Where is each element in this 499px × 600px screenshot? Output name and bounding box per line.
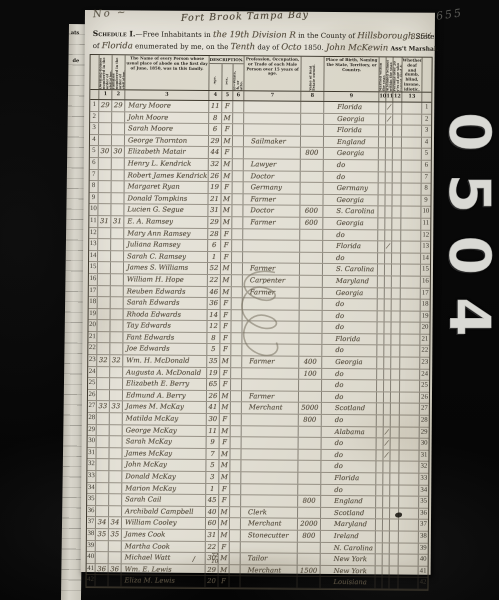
cell-remarks bbox=[400, 439, 420, 450]
cell-line: 40 bbox=[87, 552, 96, 563]
cell-family: 31 bbox=[111, 216, 124, 227]
cell-line: 1 bbox=[422, 103, 431, 114]
cell-value bbox=[298, 484, 321, 495]
cell-family bbox=[112, 158, 125, 169]
cell-cannot_read bbox=[391, 404, 400, 415]
cell-age: 11 bbox=[207, 426, 220, 437]
cell-name: Matilda McKay bbox=[123, 413, 207, 424]
cell-color bbox=[232, 229, 243, 240]
cell-age: 26 bbox=[209, 171, 222, 182]
cell-occupation bbox=[242, 414, 299, 425]
cell-sex: M bbox=[221, 275, 232, 286]
cell-occupation bbox=[241, 449, 298, 460]
cell-line: 5 bbox=[422, 149, 431, 160]
cell-value: 1500 bbox=[298, 565, 321, 576]
cell-value bbox=[301, 160, 324, 171]
cell-birthplace: Georgia bbox=[324, 113, 379, 124]
cell-birthplace: do bbox=[323, 299, 378, 310]
cell-color bbox=[233, 159, 244, 170]
cell-color bbox=[232, 206, 243, 217]
cell-occupation bbox=[244, 124, 301, 135]
cell-remarks bbox=[401, 288, 421, 299]
cell-family: 30 bbox=[112, 147, 125, 158]
cell-color bbox=[233, 113, 244, 124]
cell-remarks bbox=[399, 555, 419, 566]
cell-color bbox=[233, 171, 244, 182]
cell-dwelling bbox=[97, 425, 110, 436]
cell-name: Augusta A. McDonald bbox=[123, 367, 207, 378]
cell-sex: M bbox=[222, 136, 233, 147]
cell-sex: F bbox=[222, 182, 233, 193]
cell-color bbox=[233, 124, 244, 135]
cell-name: Mary Ann Ramsey bbox=[124, 228, 208, 239]
cell-birthplace: Ireland bbox=[321, 531, 376, 542]
cell-family bbox=[112, 135, 125, 146]
chalk-mark: 655 bbox=[435, 6, 464, 23]
cell-line: 29 bbox=[420, 427, 429, 438]
cell-line: 3 bbox=[90, 123, 99, 134]
cell-family bbox=[111, 239, 124, 250]
cell-birthplace: Florida bbox=[324, 125, 379, 136]
cell-occupation bbox=[242, 379, 299, 390]
cell-name: Robert James Kendrick bbox=[125, 170, 209, 181]
cell-sex: F bbox=[221, 229, 232, 240]
cell-family bbox=[110, 390, 123, 401]
cell-name: Sarah Moore bbox=[125, 124, 209, 135]
cell-remarks bbox=[400, 404, 420, 415]
cell-family: 29 bbox=[112, 100, 125, 111]
census-table: Dwelling-houses numbered in the order of… bbox=[85, 54, 432, 591]
cell-sex: F bbox=[220, 379, 231, 390]
column-number-9: 9 bbox=[324, 92, 379, 101]
cell-remarks bbox=[400, 416, 420, 427]
cell-line: 28 bbox=[420, 416, 429, 427]
cell-color bbox=[230, 565, 241, 576]
cell-family bbox=[111, 228, 124, 239]
cell-line: 33 bbox=[419, 474, 428, 485]
cell-occupation: Stonecutter bbox=[241, 530, 298, 541]
cell-remarks bbox=[400, 392, 420, 403]
cell-birthplace: do bbox=[322, 415, 377, 426]
cell-age: 8 bbox=[209, 113, 222, 124]
cell-cannot_read bbox=[391, 357, 400, 368]
cell-line: 36 bbox=[87, 506, 96, 517]
cell-remarks bbox=[400, 427, 420, 438]
cell-name: Archibald Campbell bbox=[122, 506, 206, 517]
cell-color bbox=[233, 182, 244, 193]
cell-occupation: Farmer bbox=[243, 264, 300, 275]
cell-line: 7 bbox=[90, 170, 99, 181]
cell-dwelling: 31 bbox=[98, 216, 111, 227]
cell-cannot_read bbox=[390, 473, 399, 484]
cell-color bbox=[231, 356, 242, 367]
cell-line: 30 bbox=[420, 439, 429, 450]
cell-value: 600 bbox=[300, 218, 323, 229]
cell-dwelling bbox=[98, 228, 111, 239]
cell-dwelling bbox=[96, 506, 109, 517]
cell-line: 6 bbox=[422, 161, 431, 172]
cell-color bbox=[232, 275, 243, 286]
cell-remarks bbox=[400, 358, 420, 369]
cell-dwelling bbox=[96, 483, 109, 494]
cell-line: 20 bbox=[88, 320, 97, 331]
cell-color bbox=[230, 553, 241, 564]
cell-birthplace: do bbox=[322, 345, 377, 356]
cell-birthplace: Maryland bbox=[323, 276, 378, 287]
cell-birthplace: England bbox=[321, 496, 376, 507]
cell-color bbox=[230, 484, 241, 495]
cell-line: 20 bbox=[420, 323, 429, 334]
cell-line: 13 bbox=[421, 242, 430, 253]
cell-remarks bbox=[399, 485, 419, 496]
cell-remarks bbox=[401, 265, 421, 276]
cell-line: 7 bbox=[422, 172, 431, 183]
cell-value bbox=[298, 507, 321, 518]
cell-name: John Moore bbox=[125, 112, 209, 123]
cell-remarks bbox=[402, 184, 422, 195]
cell-value bbox=[299, 426, 322, 437]
cell-sex: F bbox=[221, 298, 232, 309]
month-handwritten: Octo bbox=[281, 43, 301, 53]
cell-age: 11 bbox=[209, 101, 222, 112]
col-age-header: Age. bbox=[209, 64, 222, 90]
cell-cannot_read bbox=[391, 439, 400, 450]
cell-name: James Cook bbox=[122, 529, 206, 540]
cell-cannot_read bbox=[392, 195, 401, 206]
cell-name: Sarah Cail bbox=[122, 494, 206, 505]
cell-value bbox=[299, 345, 322, 356]
cell-birthplace: Florida bbox=[321, 473, 376, 484]
column-number-5: 5 bbox=[222, 91, 233, 100]
cell-color bbox=[230, 507, 241, 518]
cell-sex: M bbox=[219, 449, 230, 460]
cell-line: 42 bbox=[418, 578, 427, 589]
cell-sex: M bbox=[219, 553, 230, 564]
cell-cannot_read bbox=[392, 276, 401, 287]
cell-dwelling bbox=[97, 344, 110, 355]
cell-line: 31 bbox=[87, 448, 96, 459]
description-group-header: DESCRIPTION. Age. Sex. Color—White, blac… bbox=[209, 56, 244, 90]
cell-sex: M bbox=[219, 460, 230, 471]
cell-family bbox=[111, 193, 124, 204]
cell-line: 17 bbox=[421, 288, 430, 299]
cell-age: 28 bbox=[208, 229, 221, 240]
cell-value: 5000 bbox=[299, 403, 322, 414]
cell-family bbox=[109, 471, 122, 482]
cell-remarks bbox=[402, 102, 422, 113]
cell-occupation: Germany bbox=[244, 182, 301, 193]
cell-dwelling bbox=[98, 286, 111, 297]
cell-sex: F bbox=[218, 576, 229, 587]
cell-occupation: Doctor bbox=[243, 206, 300, 217]
cell-birthplace: England bbox=[324, 137, 379, 148]
top-left-scrawl: No ~ bbox=[93, 7, 128, 20]
cell-line: 29 bbox=[88, 425, 97, 436]
cell-occupation: Farmer bbox=[243, 217, 300, 228]
cell-dwelling bbox=[99, 123, 112, 134]
cell-sex: F bbox=[221, 310, 232, 321]
cell-line: 26 bbox=[88, 390, 97, 401]
cell-birthplace: do bbox=[322, 438, 377, 449]
cell-line: 9 bbox=[89, 193, 98, 204]
cell-age: 40 bbox=[206, 507, 219, 518]
cell-age: 6 bbox=[208, 240, 221, 251]
cell-remarks bbox=[401, 300, 421, 311]
cell-color bbox=[230, 461, 241, 472]
cell-name: Elizabeth E. Berry bbox=[123, 379, 207, 390]
cell-age: 29 bbox=[209, 136, 222, 147]
cell-remarks bbox=[401, 230, 421, 241]
cell-occupation bbox=[242, 426, 299, 437]
cell-age: 5 bbox=[207, 344, 220, 355]
cell-name: James McKay bbox=[122, 448, 206, 459]
col-value-label: Value of Real Estate owned. bbox=[309, 57, 316, 90]
schedule-header-line2: of Florida enumerated by me, on the Tent… bbox=[93, 41, 431, 54]
cell-line: 30 bbox=[88, 436, 97, 447]
cell-line: 41 bbox=[419, 566, 428, 577]
cell-color bbox=[232, 298, 243, 309]
cell-dwelling bbox=[96, 494, 109, 505]
cell-line: 11 bbox=[89, 216, 98, 227]
cell-remarks bbox=[401, 311, 421, 322]
cell-age: 30 bbox=[207, 414, 220, 425]
cell-name: Eliza M. Lewis bbox=[121, 576, 205, 587]
cell-line: 14 bbox=[89, 251, 98, 262]
cell-value bbox=[298, 461, 321, 472]
cell-sex: M bbox=[219, 507, 230, 518]
cell-color bbox=[230, 495, 241, 506]
cell-remarks bbox=[402, 160, 422, 171]
cell-line: 15 bbox=[421, 265, 430, 276]
cell-sex: F bbox=[220, 333, 231, 344]
cell-color bbox=[231, 379, 242, 390]
cell-remarks bbox=[402, 149, 422, 160]
cell-sex: M bbox=[222, 171, 233, 182]
cell-line: 4 bbox=[422, 137, 431, 148]
cell-family bbox=[112, 181, 125, 192]
cell-value bbox=[300, 252, 323, 263]
cell-line: 13 bbox=[89, 239, 98, 250]
cell-cannot_read bbox=[392, 218, 401, 229]
cell-age: 5 bbox=[206, 460, 219, 471]
cell-sex: M bbox=[219, 518, 230, 529]
col-family-label: Families numbered in the order of visita… bbox=[112, 56, 124, 89]
cell-name: Mary Moore bbox=[125, 100, 209, 111]
col-cannotread-header: Persons over 20 y'rs of age who cannot r… bbox=[393, 57, 402, 91]
cell-line: 38 bbox=[419, 532, 428, 543]
cell-sex: F bbox=[221, 252, 232, 263]
cell-name: Tay Edwards bbox=[123, 321, 207, 332]
cell-value bbox=[300, 276, 323, 287]
cell-sex: F bbox=[220, 414, 231, 425]
col-value-header: Value of Real Estate owned. bbox=[301, 57, 324, 91]
cell-value bbox=[299, 334, 322, 345]
header-printed-text: enumerated by me, on the bbox=[135, 42, 228, 51]
cell-age: 7 bbox=[206, 449, 219, 460]
cell-color bbox=[231, 321, 242, 332]
cell-dwelling bbox=[98, 204, 111, 215]
header-printed-text: —Free Inhabitants in bbox=[135, 30, 210, 39]
cell-family bbox=[109, 506, 122, 517]
cell-family: 36 bbox=[109, 564, 122, 575]
cell-occupation: Doctor bbox=[244, 171, 301, 182]
cell-birthplace: do bbox=[323, 253, 378, 264]
cell-family bbox=[111, 286, 124, 297]
division-handwritten: the 19th Division R bbox=[213, 30, 296, 41]
cell-birthplace: Florida bbox=[323, 241, 378, 252]
cell-birthplace: Georgia bbox=[323, 287, 378, 298]
column-number-3: 3 bbox=[125, 90, 209, 100]
tally-denominator: 10 bbox=[211, 559, 218, 565]
cell-birthplace: do bbox=[322, 369, 377, 380]
col-name-header: The Name of every Person whose usual pla… bbox=[125, 55, 209, 90]
cell-occupation: Farmer bbox=[243, 287, 300, 298]
cell-dwelling bbox=[99, 135, 112, 146]
cell-family bbox=[108, 576, 121, 587]
cell-line: 15 bbox=[89, 262, 98, 273]
cell-dwelling bbox=[99, 112, 112, 123]
cell-value bbox=[298, 554, 321, 565]
cell-remarks bbox=[400, 323, 420, 334]
table-body: 12929Mary Moore11FFlorida⁄12John Moore8M… bbox=[86, 100, 431, 590]
cell-birthplace: do bbox=[322, 392, 377, 403]
cell-birthplace: Florida bbox=[324, 102, 379, 113]
cell-age: 45 bbox=[206, 495, 219, 506]
cell-occupation: Carpenter bbox=[243, 275, 300, 286]
cell-sex: M bbox=[221, 217, 232, 228]
cell-occupation: Merchant bbox=[241, 565, 298, 576]
cell-line: 39 bbox=[419, 543, 428, 554]
film-frame-number: 0504 bbox=[438, 112, 499, 402]
cell-remarks bbox=[401, 253, 421, 264]
cell-dwelling bbox=[98, 297, 111, 308]
cell-cannot_read bbox=[391, 381, 400, 392]
cell-line: 34 bbox=[419, 485, 428, 496]
cell-family bbox=[109, 483, 122, 494]
cell-line: 19 bbox=[89, 309, 98, 320]
cell-line: 5 bbox=[90, 146, 99, 157]
cell-value bbox=[301, 113, 324, 124]
cell-cannot_read bbox=[390, 543, 399, 554]
county-handwritten: Hillsborough bbox=[357, 31, 413, 41]
cell-dwelling bbox=[98, 239, 111, 250]
cell-name: Joe Edwards bbox=[123, 344, 207, 355]
cell-line: 18 bbox=[421, 300, 430, 311]
microfilm-background: 655 0504 ats de No ~ Fort Brook Tampa Ba… bbox=[0, 0, 499, 600]
cell-name: Sarah Edwards bbox=[124, 297, 208, 308]
cell-name: William Cooley bbox=[122, 518, 206, 529]
cell-sex: M bbox=[219, 530, 230, 541]
cell-dwelling: 29 bbox=[99, 100, 112, 111]
cell-family bbox=[112, 170, 125, 181]
cell-cannot_read bbox=[393, 149, 402, 160]
cell-name: Margaret Ryan bbox=[125, 181, 209, 192]
cell-remarks bbox=[399, 520, 419, 531]
cell-line: 37 bbox=[87, 517, 96, 528]
cell-occupation: Merchant bbox=[241, 519, 298, 530]
cell-sex: M bbox=[221, 287, 232, 298]
cell-birthplace: Louisiana bbox=[320, 577, 375, 588]
column-number-13: 13 bbox=[402, 92, 422, 101]
cell-age: 41 bbox=[207, 402, 220, 413]
cell-value bbox=[301, 102, 324, 113]
cell-sex: F bbox=[222, 147, 233, 158]
cell-sex: M bbox=[222, 159, 233, 170]
cell-line: 21 bbox=[420, 335, 429, 346]
cell-name: Sarah C. Ramsey bbox=[124, 251, 208, 262]
cell-occupation bbox=[242, 437, 299, 448]
cell-family bbox=[112, 123, 125, 134]
column-number-margin bbox=[90, 90, 99, 99]
cell-dwelling: 32 bbox=[97, 355, 110, 366]
cell-cannot_read bbox=[390, 450, 399, 461]
cell-name: E. A. Ramsey bbox=[124, 216, 208, 227]
cell-name: Fant Edwards bbox=[123, 332, 207, 343]
cell-cannot_read bbox=[391, 427, 400, 438]
cell-family bbox=[111, 297, 124, 308]
cell-birthplace: Germany bbox=[324, 183, 379, 194]
cell-occupation bbox=[241, 472, 298, 483]
cell-line: 42 bbox=[86, 575, 95, 586]
tally-fraction: 72 10 bbox=[211, 554, 218, 565]
cell-value: 400 bbox=[299, 357, 322, 368]
cell-occupation bbox=[242, 345, 299, 356]
cell-line: 2 bbox=[90, 112, 99, 123]
cell-value bbox=[299, 322, 322, 333]
cell-color bbox=[232, 310, 243, 321]
col-sex-label: Sex. bbox=[226, 77, 229, 85]
sliver-text-fragment: de bbox=[72, 58, 79, 64]
cell-line: 32 bbox=[419, 462, 428, 473]
cell-cannot_read bbox=[390, 555, 399, 566]
cell-line: 22 bbox=[420, 346, 429, 357]
column-number-12: 12 bbox=[393, 92, 402, 101]
cell-cannot_read bbox=[390, 462, 399, 473]
cell-cannot_read bbox=[391, 334, 400, 345]
cell-dwelling bbox=[96, 448, 109, 459]
cell-occupation bbox=[241, 542, 298, 553]
cell-cannot_read bbox=[391, 346, 400, 357]
cell-line: 24 bbox=[420, 369, 429, 380]
day-handwritten: Tenth bbox=[231, 42, 255, 52]
cell-name: Martha Cook bbox=[122, 541, 206, 552]
cell-occupation bbox=[241, 484, 298, 495]
cell-family: 34 bbox=[109, 518, 122, 529]
cell-family bbox=[110, 344, 123, 355]
col-remarks-header: Whether deaf and dumb, blind, insane, id… bbox=[402, 57, 422, 91]
col-school-label: Attended School within the year. bbox=[386, 58, 392, 91]
cell-occupation bbox=[242, 368, 299, 379]
cell-name: Henry L. Kendrick bbox=[125, 158, 209, 169]
header-printed-text: State bbox=[416, 33, 435, 41]
cell-value bbox=[298, 542, 321, 553]
cell-age: 22 bbox=[206, 542, 219, 553]
cell-sex: F bbox=[222, 124, 233, 135]
cell-family bbox=[109, 448, 122, 459]
cell-birthplace: Georgia bbox=[323, 218, 378, 229]
col-family-header: Families numbered in the order of visita… bbox=[112, 55, 125, 89]
cell-color bbox=[232, 252, 243, 263]
cell-remarks bbox=[399, 566, 419, 577]
cell-age: 1 bbox=[206, 484, 219, 495]
cell-birthplace: Georgia bbox=[324, 148, 379, 159]
cell-age: 31 bbox=[208, 205, 221, 216]
cell-cannot_read bbox=[391, 323, 400, 334]
description-label: DESCRIPTION. bbox=[210, 56, 244, 64]
cell-birthplace: Florida bbox=[322, 334, 377, 345]
cell-age: 3 bbox=[206, 472, 219, 483]
cell-remarks bbox=[401, 195, 421, 206]
